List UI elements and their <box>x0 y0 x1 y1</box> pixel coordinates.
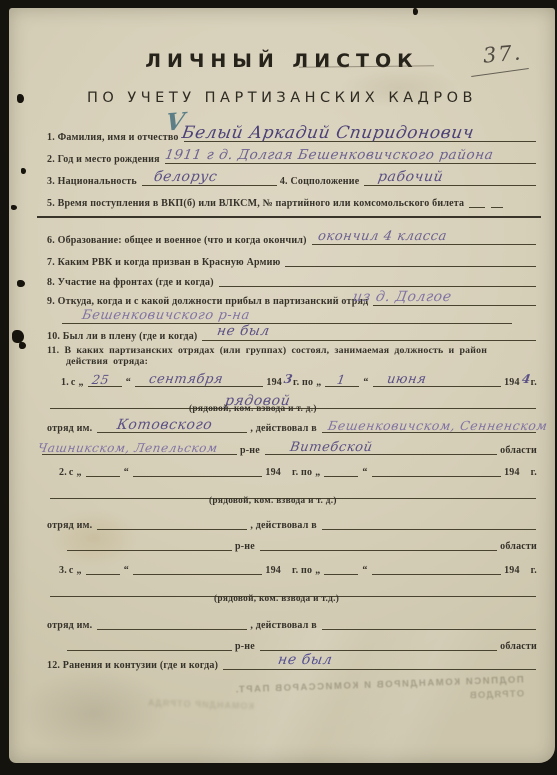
record-index: 2. <box>59 467 67 478</box>
field-row-surname: 1. Фамилия, имя и отчество Белый Аркадий… <box>47 129 539 143</box>
form-line: сентября <box>135 376 263 387</box>
form-line: не был <box>202 330 536 341</box>
label-g-po: г. по <box>292 565 312 576</box>
form-line <box>491 197 503 208</box>
label-s: с <box>69 565 74 576</box>
form-line <box>133 466 262 477</box>
field-row-education: 6. Образование: общее и военное (что и к… <box>47 232 539 246</box>
form-line: Бешенковичском, Сенненском <box>322 422 536 433</box>
field-row-birth: 2. Год и место рождения 1911 г д. Долгая… <box>47 151 539 165</box>
handwritten-month-to: июня <box>386 373 427 386</box>
form-subtitle: ПО УЧЕТУ ПАРТИЗАНСКИХ КАДРОВ <box>9 90 555 106</box>
paper-stain <box>19 668 169 758</box>
label-otryad: отряд им. <box>47 423 92 434</box>
label-rne: р-не <box>235 541 255 552</box>
form-line <box>324 564 358 575</box>
quote-open: „ <box>77 565 82 576</box>
form-line: рабочий <box>364 175 536 186</box>
handwritten-day-to: 1 <box>336 374 347 387</box>
field-label: 9. Откуда, когда и с какой должности при… <box>47 296 368 307</box>
form-line <box>260 540 497 551</box>
handwritten-education: окончил 4 класса <box>317 230 448 243</box>
form-line: Бешенковичского р-на <box>62 313 512 324</box>
form-line <box>285 256 536 267</box>
quote-close: “ <box>363 377 368 388</box>
field-label: 3. Национальность <box>47 176 137 187</box>
handwritten-acted-in-2: Чашникском, Лепельском <box>37 442 219 454</box>
field-row-arrival: 9. Откуда, когда и с какой должности при… <box>47 293 539 307</box>
field-row-party: 5. Время поступления в ВКП(б) или ВЛКСМ,… <box>47 195 539 209</box>
service-record-3-detachment: отряд им. , действовал в <box>47 617 539 631</box>
quote-close: “ <box>124 565 129 576</box>
form-line <box>86 564 120 575</box>
handwritten-arrival-district: Бешенковичского р-на <box>81 309 251 322</box>
field-label: 1. Фамилия, имя и отчество <box>47 132 179 143</box>
label-acted-in: , действовал в <box>250 520 317 531</box>
service-record-2-detachment: отряд им. , действовал в <box>47 517 539 531</box>
quote-open: „ <box>315 565 320 576</box>
field-label: 2. Год и место рождения <box>47 154 160 165</box>
form-line: 1911 г д. Долгая Бешенковичского района <box>165 153 536 164</box>
form-line: июня <box>373 376 501 387</box>
label-year-prefix: 194 <box>265 467 281 478</box>
label-year-prefix: 194 <box>266 377 282 388</box>
label-year-prefix: 194 <box>504 565 520 576</box>
label-rne: р-не <box>240 445 260 456</box>
label-s: с <box>69 467 74 478</box>
label-s: с <box>71 377 76 388</box>
handwritten-wounds: не был <box>277 653 334 667</box>
quote-close: “ <box>362 565 367 576</box>
field-label: 6. Образование: общее и военное (что и к… <box>47 235 307 246</box>
label-g-po: г. по <box>292 467 312 478</box>
label-acted-in: , действовал в <box>250 620 317 631</box>
service-record-1-detachment: отряд им. Котовского , действовал в Беше… <box>47 420 539 434</box>
handwritten-oblast: Витебской <box>289 441 374 454</box>
quote-close: “ <box>124 467 129 478</box>
handwritten-detachment-name: Котовского <box>116 418 213 432</box>
form-line <box>322 519 536 530</box>
label-g: г. <box>531 565 537 576</box>
form-line <box>133 564 262 575</box>
handwritten-year-to: 4 <box>521 373 532 385</box>
form-line: Витебской <box>265 444 497 455</box>
form-line <box>97 519 247 530</box>
handwritten-birth: 1911 г д. Долгая Бешенковичского района <box>164 149 494 163</box>
field-label: 4. Соцположение <box>280 176 360 187</box>
label-oblast: области <box>500 641 537 652</box>
handwritten-day-from: 25 <box>91 374 110 387</box>
label-otryad: отряд им. <box>47 520 92 531</box>
record-index: 3. <box>59 565 67 576</box>
label-g-po: г. по <box>293 377 313 388</box>
form-line <box>322 619 536 630</box>
quote-close: “ <box>126 377 131 388</box>
label-year-prefix: 194 <box>265 565 281 576</box>
rank-hint: (рядовой, ком. взвода и т. д.) <box>209 496 337 506</box>
service-record-2-dates: 2. с „ “ 194 г. по „ “ 194 г. <box>59 464 539 478</box>
form-line: Белый Аркадий Спиридонович <box>184 131 536 142</box>
form-line: окончил 4 класса <box>312 234 536 245</box>
label-otryad: отряд им. <box>47 620 92 631</box>
form-line <box>372 466 501 477</box>
quote-open: „ <box>315 467 320 478</box>
field-label-detachments-2: действия отряда: <box>66 356 539 367</box>
form-line: из д. Долгое <box>373 295 536 306</box>
form-line <box>324 466 358 477</box>
quote-close: “ <box>362 467 367 478</box>
field-label: 12. Ранения и контузии (где и когда) <box>47 660 218 671</box>
form-title: ЛИЧНЫЙ ЛИСТОК <box>9 50 555 72</box>
form-line <box>86 466 120 477</box>
field-label: 7. Каким РВК и когда призван в Красную А… <box>47 257 280 268</box>
scanned-form-page: ЛИЧНЫЙ ЛИСТОК ПО УЧЕТУ ПАРТИЗАНСКИХ КАДР… <box>9 8 555 763</box>
form-line <box>67 640 232 651</box>
service-record-2-region: р-не области <box>64 538 539 552</box>
label-acted-in: , действовал в <box>250 423 317 434</box>
handwritten-month-from: сентября <box>148 373 224 386</box>
form-line: Котовского <box>97 422 247 433</box>
form-line <box>469 197 485 208</box>
field-label: 8. Участие на фронтах (где и когда) <box>47 277 214 288</box>
record-index: 1. <box>61 377 69 388</box>
quote-open: „ <box>316 377 321 388</box>
label-rne: р-не <box>235 641 255 652</box>
service-record-1-dates: 1. с „ 25 “ сентября 194 3 г. по „ 1 “ и… <box>61 374 539 388</box>
hole-punch-mark <box>19 342 26 349</box>
hole-punch-mark <box>17 280 25 287</box>
hole-punch-mark <box>21 168 26 174</box>
label-oblast: области <box>500 541 537 552</box>
handwritten-year-from: 3 <box>283 373 294 385</box>
field-row-captivity: 10. Был ли в плену (где и когда) не был <box>47 328 539 342</box>
form-line: не был <box>223 659 536 670</box>
handwritten-name: Белый Аркадий Спиридонович <box>180 125 475 142</box>
handwritten-captivity: не был <box>216 325 271 339</box>
label-g: г. <box>531 467 537 478</box>
field-label: 5. Время поступления в ВКП(б) или ВЛКСМ,… <box>47 198 464 209</box>
paper-speck <box>413 8 418 15</box>
field-row-arrival-2: Бешенковичского р-на <box>59 311 515 325</box>
hole-punch-mark <box>11 205 17 210</box>
form-line <box>67 540 232 551</box>
form-line <box>372 564 501 575</box>
form-line <box>97 619 247 630</box>
form-line: белорус <box>142 175 277 186</box>
handwritten-acted-in: Бешенковичском, Сенненском <box>327 420 548 433</box>
form-line <box>260 640 497 651</box>
rank-hint: (рядовой, ком. взвода и т. д.) <box>189 404 317 414</box>
rank-hint: (рядовой, ком. взвода и т.д.) <box>214 594 339 604</box>
label-year-prefix: 194 <box>504 377 520 388</box>
form-line <box>219 276 536 287</box>
field-row-fronts: 8. Участие на фронтах (где и когда) <box>47 274 539 288</box>
quote-open: „ <box>77 467 82 478</box>
field-label-detachments: 11. В каких партизанских отрядах (или гр… <box>47 345 539 356</box>
form-line: Чашникском, Лепельском <box>42 444 237 455</box>
field-row-rvk: 7. Каким РВК и когда призван в Красную А… <box>47 254 539 268</box>
service-record-3-dates: 3. с „ “ 194 г. по „ “ 194 г. <box>59 562 539 576</box>
field-row-nationality: 3. Национальность белорус 4. Соцположени… <box>47 173 539 187</box>
form-line: 1 <box>325 376 359 387</box>
field-label: 10. Был ли в плену (где и когда) <box>47 331 197 342</box>
label-g: г. <box>531 377 537 388</box>
service-record-1-region: Чашникском, Лепельском р-не Витебской об… <box>39 442 539 456</box>
field-row-wounds: 12. Ранения и контузии (где и когда) не … <box>47 657 539 671</box>
page-number: 37. <box>482 40 523 67</box>
handwritten-social-status: рабочий <box>377 170 444 184</box>
form-line: 25 <box>88 376 122 387</box>
label-oblast: области <box>500 445 537 456</box>
label-year-prefix: 194 <box>504 467 520 478</box>
quote-open: „ <box>79 377 84 388</box>
handwritten-nationality: белорус <box>153 170 219 184</box>
service-record-3-region: р-не области <box>64 638 539 652</box>
separator-line <box>37 216 541 218</box>
handwritten-arrival: из д. Долгое <box>352 290 453 304</box>
